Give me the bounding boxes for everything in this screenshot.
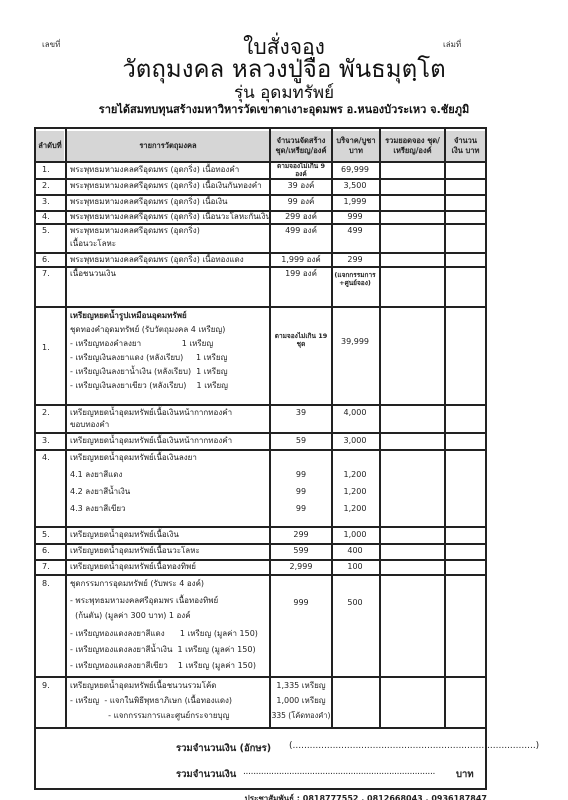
item-price: 100 xyxy=(332,561,378,573)
item-name: เหรียญหยดน้ำอุดมทรัพย์เนื้อทองทิพย์ xyxy=(70,561,196,573)
series-title: รุ่น อุดมทรัพย์ xyxy=(0,84,568,102)
item-quantity: ตามจองไม่เกิน 19 ชุด xyxy=(272,332,330,348)
item-name: เนื้อชนวนเงิน xyxy=(70,268,116,280)
item-quantity: 335 (โค้ดทองคำ) xyxy=(270,710,332,722)
item-price: 3,000 xyxy=(332,435,378,447)
order-table: ลำดับที่ รายการวัตถุมงคล จำนวนจัดสร้าง ช… xyxy=(34,127,487,790)
subitem-quantity: 99 xyxy=(272,486,330,498)
col-header-no: ลำดับที่ xyxy=(36,131,64,161)
item-price: 39,999 xyxy=(332,336,378,348)
item-name-line2: ขอบทองคำ xyxy=(70,419,109,431)
item-quantity: 39 xyxy=(272,407,330,419)
item-name: พระพุทธมหามงคลศรีอุดมพร (อุดกริ่ง) เนื้อ… xyxy=(70,254,244,266)
temple-title: วัตถุมงคล หลวงปู่จื่อ พันธมุตฺโต xyxy=(0,56,568,82)
item-price: 400 xyxy=(332,545,378,557)
item-price: 69,999 xyxy=(332,164,378,176)
item-price: 1,999 xyxy=(332,196,378,208)
item-name: เหรียญหยดน้ำอุดมทรัพย์เนื้อนวะโลหะ xyxy=(70,545,200,557)
item-quantity: 599 xyxy=(272,545,330,557)
item-price: 999 xyxy=(332,211,378,223)
item-price: 4,000 xyxy=(332,407,378,419)
item-quantity: ตามจองไม่เกิน 9 องค์ xyxy=(272,162,330,178)
subitem-label: 4.2 ลงยาสีน้ำเงิน xyxy=(70,486,130,498)
total-amount-field[interactable]: ........................................… xyxy=(243,767,435,777)
col-header-item: รายการวัตถุมงคล xyxy=(67,131,269,161)
item-price: 500 xyxy=(332,597,378,609)
item-name: พระพุทธมหามงคลศรีอุดมพร (อุดกริ่ง) เนื้อ… xyxy=(70,196,227,208)
contact-info: ประชาสัมพันธ์ : 0818777552 , 0812668043 … xyxy=(245,792,487,800)
item-quantity: 499 องค์ xyxy=(272,225,330,237)
purpose-line: รายได้สมทบทุนสร้างมหาวิหารวัดเขาตาเงาะอุ… xyxy=(0,103,568,117)
item-name: เหรียญหยดน้ำอุดมทรัพย์เนื้อเงินลงยา xyxy=(70,452,197,464)
item-name-line2: เนื้อนวะโลหะ xyxy=(70,238,116,250)
item-name: เหรียญหยดน้ำอุดมทรัพย์เนื้อเงินหน้ากากทอ… xyxy=(70,407,232,419)
total-words-field[interactable]: (.......................................… xyxy=(289,741,539,751)
subitem-price: 1,200 xyxy=(332,469,378,481)
item-name: ชุดกรรมการอุดมทรัพย์ (รับพระ 4 องค์) xyxy=(70,578,204,590)
item-quantity: 39 องค์ xyxy=(272,180,330,192)
item-name: พระพุทธมหามงคลศรีอุดมพร (อุดกริ่ง) เนื้อ… xyxy=(70,180,262,192)
item-name: เหรียญหยดน้ำอุดมทรัพย์เนื้อชนวนรวมโค้ด xyxy=(70,680,217,692)
subitem-price: 1,200 xyxy=(332,503,378,515)
item-name: เหรียญหยดน้ำอุดมทรัพย์เนื้อเงินหน้ากากทอ… xyxy=(70,435,232,447)
subitem-quantity: 99 xyxy=(272,469,330,481)
subitem-quantity: 99 xyxy=(272,503,330,515)
item-price: 499 xyxy=(332,225,378,237)
item-quantity: 199 องค์ xyxy=(272,268,330,280)
total-words-label: รวมจำนวนเงิน (อักษร) xyxy=(176,741,271,756)
item-name: พระพุทธมหามงคลศรีอุดมพร (อุดกริ่ง) เนื้อ… xyxy=(70,164,239,176)
item-quantity: 1,999 องค์ xyxy=(272,254,330,266)
item-quantity: 99 องค์ xyxy=(272,196,330,208)
item-price: 1,000 xyxy=(332,529,378,541)
col-header-ordered: รวมยอดจอง ชุด/เหรียญ/องค์ xyxy=(381,131,444,161)
item-name: พระพุทธมหามงคลศรีอุดมพร (อุดกริ่ง) เนื้อ… xyxy=(70,211,271,223)
item-price: 299 xyxy=(332,254,378,266)
item-price: 3,500 xyxy=(332,180,378,192)
currency-unit: บาท xyxy=(456,767,474,782)
col-header-price: บริจาค/บูชา บาท xyxy=(333,131,379,161)
item-name: เหรียญหยดน้ำอุดมทรัพย์เนื้อเงิน xyxy=(70,529,179,541)
subitem-label: 4.1 ลงยาสีแดง xyxy=(70,469,122,481)
item-quantity: 299 xyxy=(272,529,330,541)
item-quantity: 299 องค์ xyxy=(272,211,330,223)
item-price-note: (แจกกรรมการ +ศูนย์จอง) xyxy=(333,271,377,287)
item-name: พระพุทธมหามงคลศรีอุดมพร (อุดกริ่ง) xyxy=(70,225,200,237)
item-name: เหรียญหยดน้ำรูปเหมือนอุดมทรัพย์ xyxy=(70,310,187,322)
total-amount-label: รวมจำนวนเงิน xyxy=(176,767,236,782)
item-quantity: 1,335 เหรียญ xyxy=(270,680,332,692)
col-header-quantity: จำนวนจัดสร้าง ชุด/เหรียญ/องค์ xyxy=(271,131,331,161)
item-quantity: 1,000 เหรียญ xyxy=(270,695,332,707)
item-quantity: 59 xyxy=(272,435,330,447)
col-header-amount: จำนวนเงิน บาท xyxy=(446,131,485,161)
item-quantity: 2,999 xyxy=(272,561,330,573)
item-quantity: 999 xyxy=(272,597,330,609)
subitem-label: 4.3 ลงยาสีเขียว xyxy=(70,503,126,515)
subitem-price: 1,200 xyxy=(332,486,378,498)
